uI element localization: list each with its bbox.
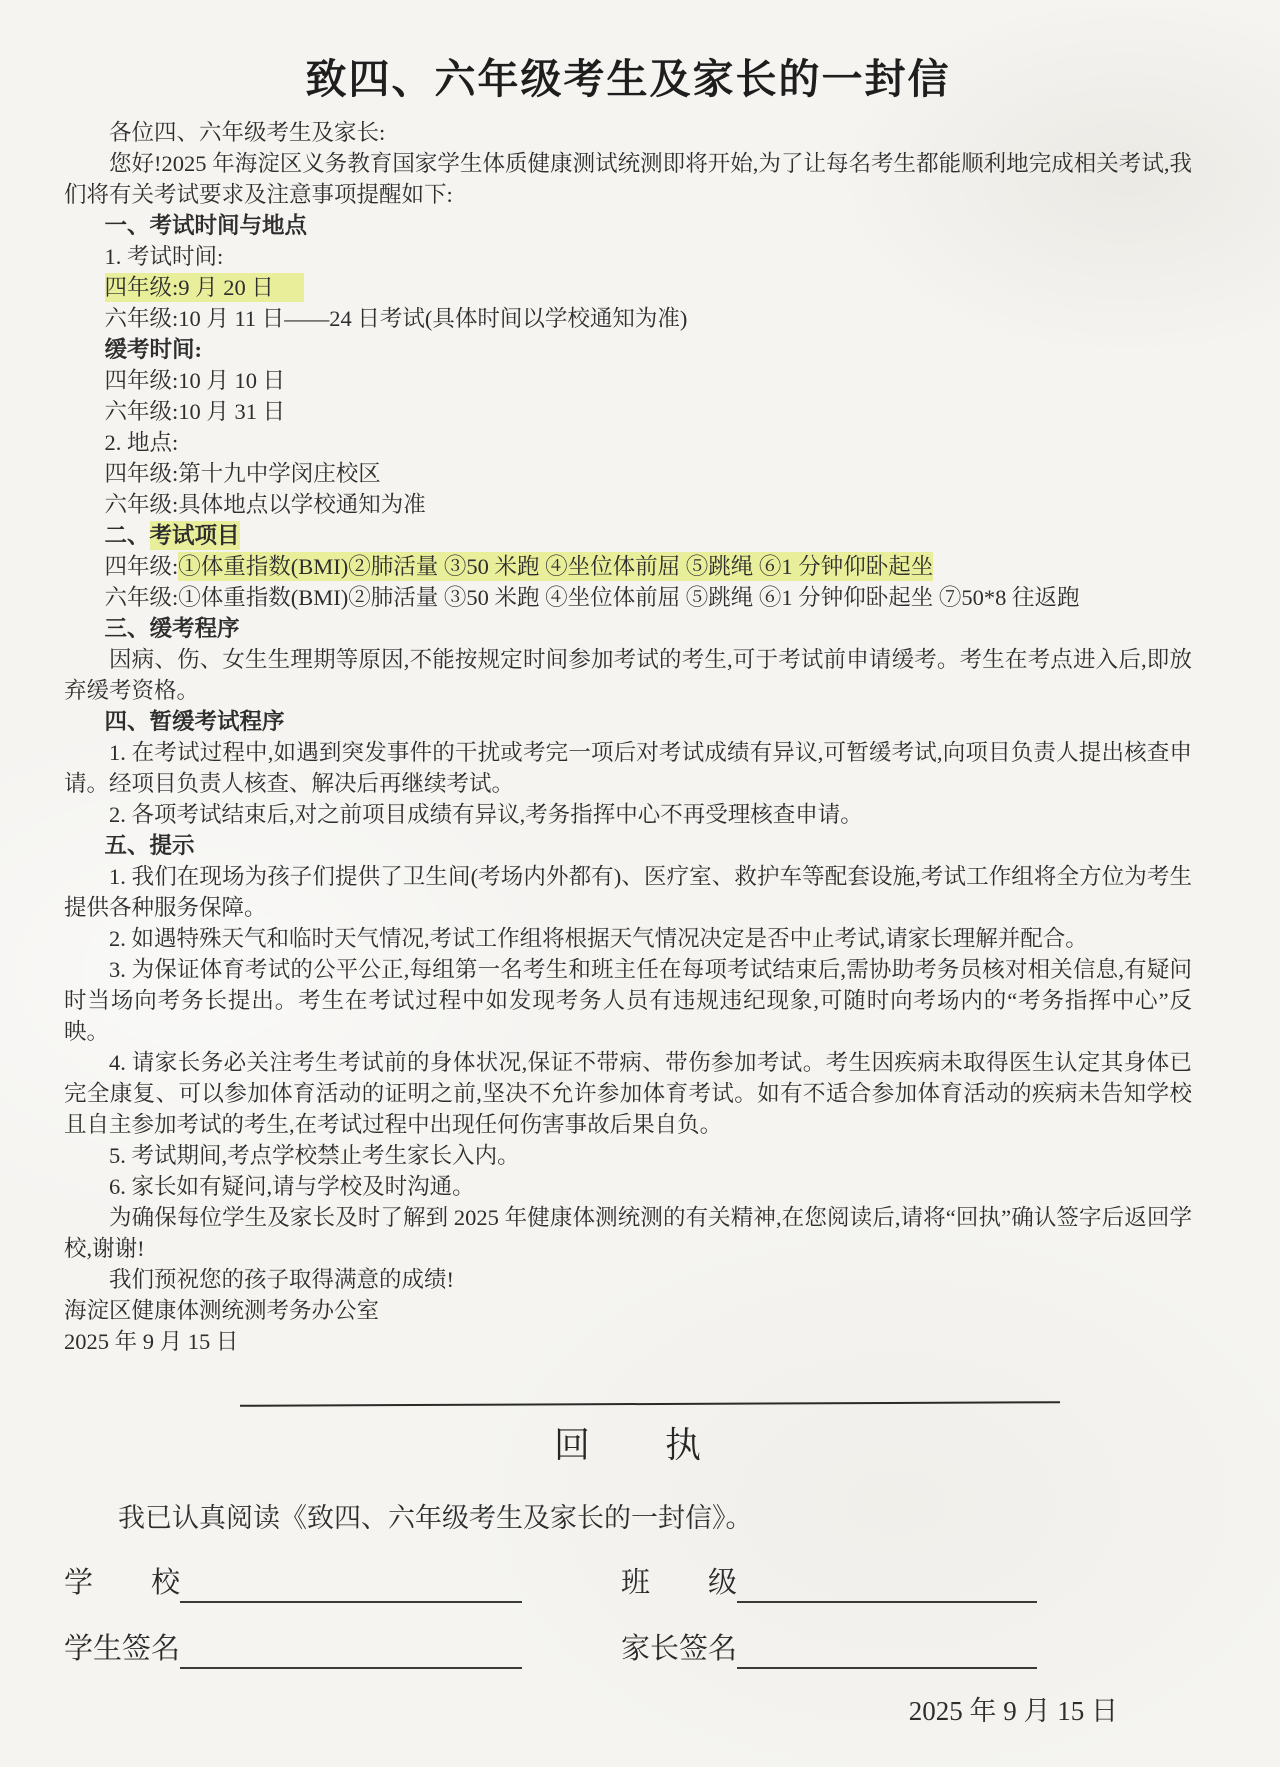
letter-document: 致四、六年级考生及家长的一封信 各位四、六年级考生及家长: 您好!2025 年海… <box>0 0 1280 1767</box>
grade6-exam-date: 六年级:10 月 11 日——24 日考试(具体时间以学校通知为准) <box>64 303 1192 334</box>
section-5-item-4: 4. 请家长务必关注考生考试前的身体状况,保证不带病、带伤参加考试。考生因疾病未… <box>64 1047 1192 1140</box>
closing-paragraph-1: 为确保每位学生及家长及时了解到 2025 年健康体测统测的有关精神,在您阅读后,… <box>64 1202 1192 1264</box>
salutation: 各位四、六年级考生及家长: <box>64 117 1192 148</box>
grade6-items-list: ①体重指数(BMI)②肺活量 ③50 米跑 ④坐位体前屈 ⑤跳绳 ⑥1 分钟仰卧… <box>178 585 1079 610</box>
grade4-location: 四年级:第十九中学闵庄校区 <box>64 458 1192 489</box>
closing-paragraph-2: 我们预祝您的孩子取得满意的成绩! <box>64 1264 1192 1295</box>
section-3-heading: 三、缓考程序 <box>64 613 1192 644</box>
receipt-date: 2025 年 9 月 15 日 <box>64 1693 1192 1729</box>
parent-signature-label: 家长签名 <box>621 1629 737 1669</box>
parent-signature-blank-line <box>737 1633 1037 1669</box>
grade6-items-label: 六年级: <box>105 585 179 610</box>
receipt-title: 回 执 <box>64 1421 1192 1469</box>
student-signature-label: 学生签名 <box>64 1629 180 1669</box>
section-2-heading-prefix: 二、 <box>105 523 150 548</box>
parent-signature-field: 家长签名 <box>621 1629 1037 1669</box>
location-label: 2. 地点: <box>64 427 1192 458</box>
section-4-item-2: 2. 各项考试结束后,对之前项目成绩有异议,考务指挥中心不再受理核查申请。 <box>64 799 1192 830</box>
class-blank-line <box>737 1567 1037 1603</box>
grade4-exam-items: 四年级:①体重指数(BMI)②肺活量 ③50 米跑 ④坐位体前屈 ⑤跳绳 ⑥1 … <box>64 551 1192 582</box>
school-field: 学 校 <box>64 1563 621 1603</box>
section-5-heading: 五、提示 <box>64 830 1192 861</box>
section-5-item-3: 3. 为保证体育考试的公平公正,每组第一名考生和班主任在每项考试结束后,需协助考… <box>64 954 1192 1047</box>
student-signature-field: 学生签名 <box>64 1629 621 1669</box>
school-field-label: 学 校 <box>64 1563 180 1603</box>
class-field-label: 班 级 <box>621 1563 737 1603</box>
signoff-organization: 海淀区健康体测统测考务办公室 <box>64 1295 1192 1326</box>
makeup-time-label: 缓考时间: <box>64 334 1192 365</box>
grade6-location: 六年级:具体地点以学校通知为准 <box>64 489 1192 520</box>
section-3-paragraph: 因病、伤、女生生理期等原因,不能按规定时间参加考试的考生,可于考试前申请缓考。考… <box>64 644 1192 706</box>
student-signature-blank-line <box>180 1633 522 1669</box>
section-4-item-1: 1. 在考试过程中,如遇到突发事件的干扰或考完一项后对考试成绩有异议,可暂缓考试… <box>64 737 1192 799</box>
exam-time-label: 1. 考试时间: <box>64 241 1192 272</box>
grade4-items-highlight: ①体重指数(BMI)②肺活量 ③50 米跑 ④坐位体前屈 ⑤跳绳 ⑥1 分钟仰卧… <box>178 552 933 581</box>
grade4-exam-date: 四年级:9 月 20 日 <box>64 272 1192 303</box>
grade4-items-label: 四年级: <box>105 554 179 579</box>
school-blank-line <box>180 1567 522 1603</box>
receipt-form-row-1: 学 校 班 级 <box>64 1563 1192 1603</box>
section-5-item-1: 1. 我们在现场为孩子们提供了卫生间(考场内外都有)、医疗室、救护车等配套设施,… <box>64 861 1192 923</box>
section-2-heading: 二、考试项目 <box>64 520 1192 551</box>
section-1-heading: 一、考试时间与地点 <box>64 210 1192 241</box>
letter-title: 致四、六年级考生及家长的一封信 <box>64 46 1192 105</box>
section-2-heading-highlight: 考试项目 <box>150 521 240 550</box>
grade4-exam-date-highlight: 四年级:9 月 20 日 <box>105 273 304 302</box>
section-4-heading: 四、暂缓考试程序 <box>64 706 1192 737</box>
receipt-form-row-2: 学生签名 家长签名 <box>64 1629 1192 1669</box>
grade6-exam-items: 六年级:①体重指数(BMI)②肺活量 ③50 米跑 ④坐位体前屈 ⑤跳绳 ⑥1 … <box>64 582 1192 613</box>
grade4-makeup-date: 四年级:10 月 10 日 <box>64 365 1192 396</box>
signoff-date: 2025 年 9 月 15 日 <box>64 1326 1192 1357</box>
receipt-divider-line <box>240 1401 1060 1407</box>
grade6-makeup-date: 六年级:10 月 31 日 <box>64 396 1192 427</box>
receipt-statement: 我已认真阅读《致四、六年级考生及家长的一封信》。 <box>64 1499 1192 1537</box>
section-5-item-2: 2. 如遇特殊天气和临时天气情况,考试工作组将根据天气情况决定是否中止考试,请家… <box>64 923 1192 954</box>
section-5-item-5: 5. 考试期间,考点学校禁止考生家长入内。 <box>64 1140 1192 1171</box>
class-field: 班 级 <box>621 1563 1037 1603</box>
section-5-item-6: 6. 家长如有疑问,请与学校及时沟通。 <box>64 1171 1192 1202</box>
intro-paragraph: 您好!2025 年海淀区义务教育国家学生体质健康测试统测即将开始,为了让每名考生… <box>64 148 1192 210</box>
